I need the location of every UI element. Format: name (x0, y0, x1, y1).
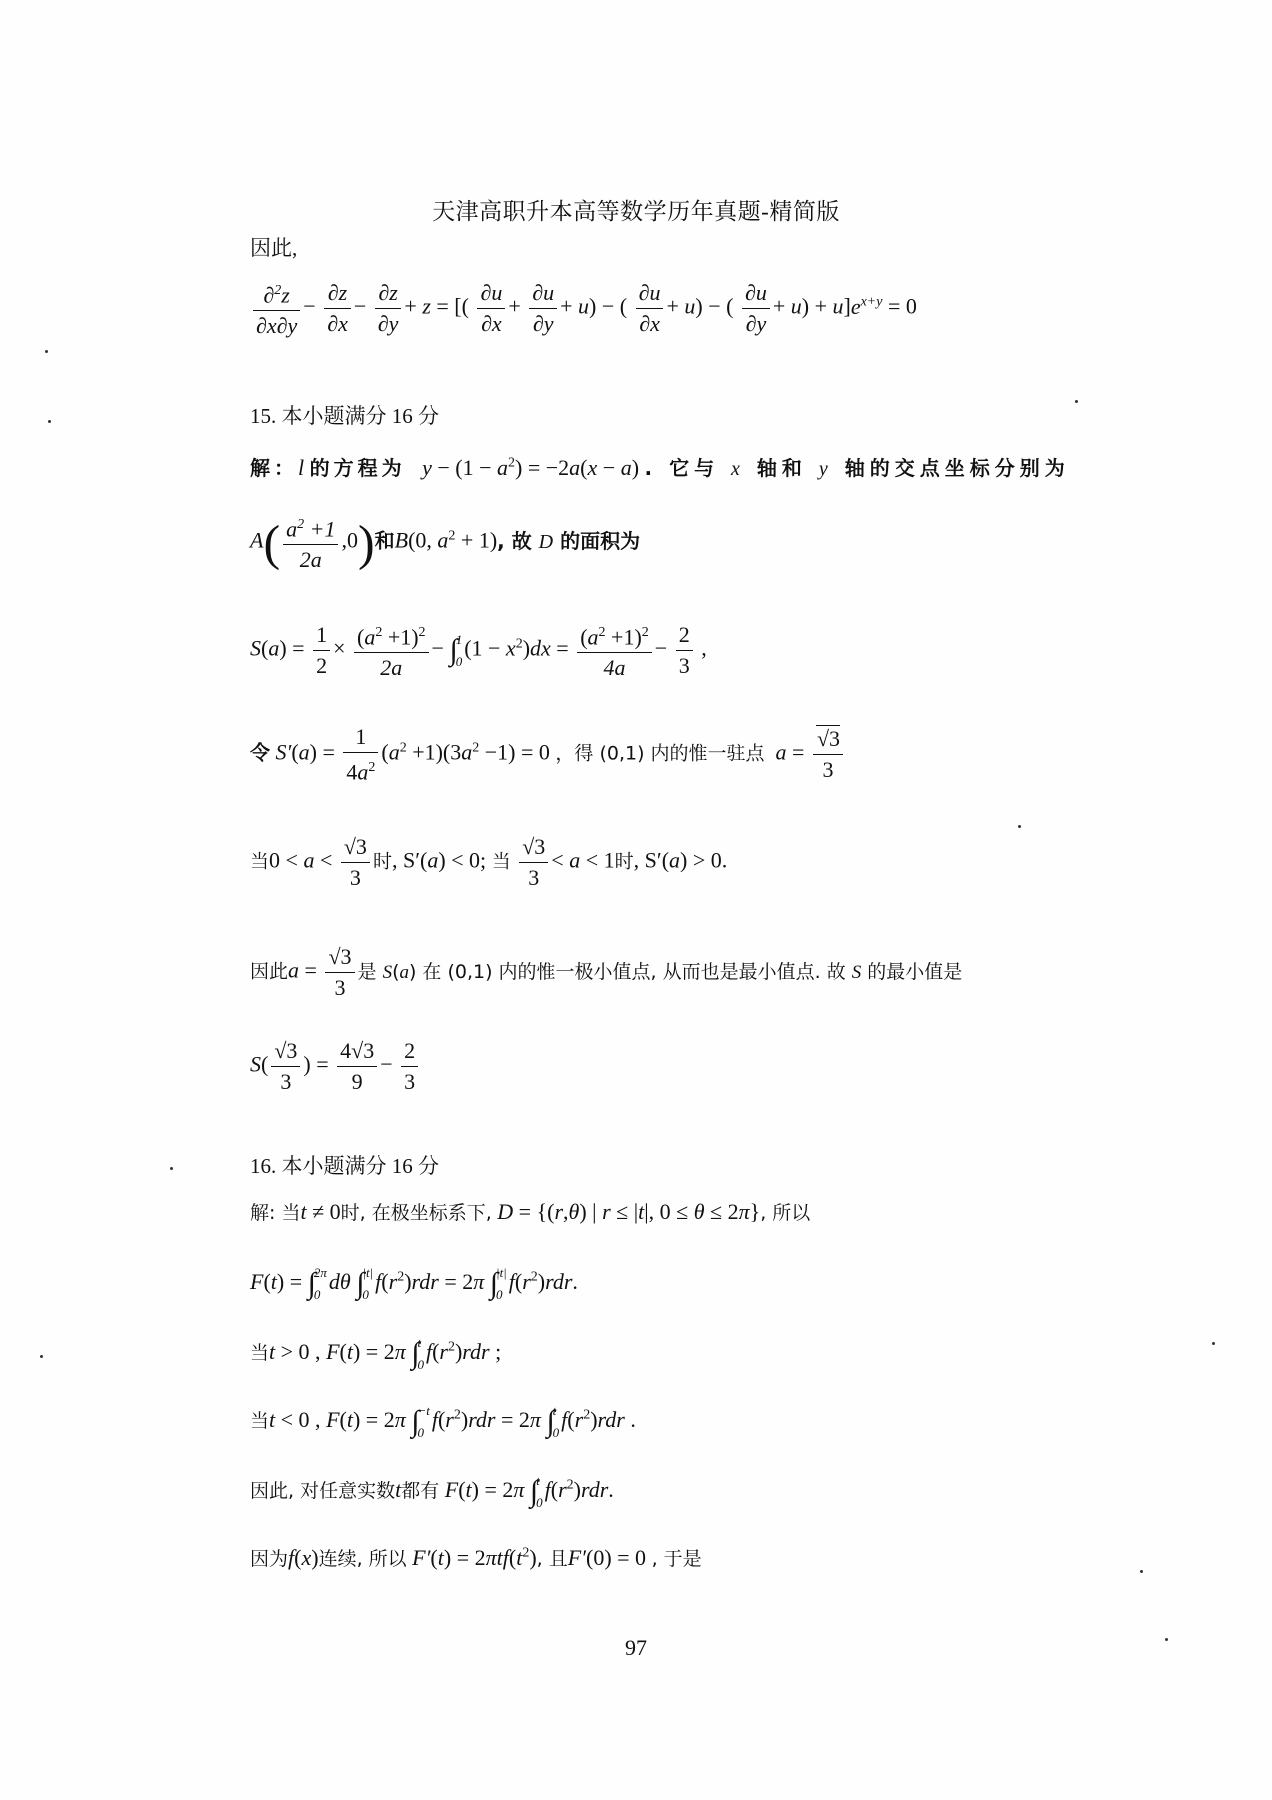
scan-speck (40, 1355, 43, 1358)
section16-line3: 当t > 0 , F(t) = 2π ∫t0f(r2)rdr ; (250, 1332, 501, 1376)
section14-equation: ∂2z∂x∂y− ∂z∂x− ∂z∂y+ z = [( ∂u∂x+ ∂u∂y+ … (250, 276, 917, 341)
section16-line2: F(t) = ∫2π0dθ ∫|t|0f(r2)rdr = 2π ∫|t|0f(… (250, 1262, 578, 1306)
section15-conclusion: 因此a = √33是 S(a) 在 (0,1) 内的惟一极小值点, 从而也是最小… (250, 942, 962, 1003)
section15-area-equation: S(a) = 12× (a2 +1)22a− ∫10(1 − x2)dx = (… (250, 618, 707, 683)
section15-derivative: 令 S′(a) = 14a2(a2 +1)(3a2 −1) = 0 ，得 (0,… (250, 722, 846, 787)
section15-line1: 解：l 的方程为 y − (1 − a2) = −2a(x − a) . 它与 … (250, 452, 1070, 481)
scan-speck (1075, 400, 1078, 403)
scan-speck (1165, 1638, 1168, 1641)
scan-speck (1018, 825, 1021, 828)
page-header-title: 天津高职升本高等数学历年真题-精简版 (0, 193, 1272, 226)
section15-sign-analysis: 当0 < a < √33时, S′(a) < 0; 当 √33< a < 1时,… (250, 832, 727, 893)
section16-line4: 当t < 0 , F(t) = 2π ∫−t0f(r2)rdr = 2π ∫t0… (250, 1400, 636, 1444)
section16-heading: 16. 本小题满分 16 分 (250, 1150, 439, 1180)
document-page: 天津高职升本高等数学历年真题-精简版 因此, ∂2z∂x∂y− ∂z∂x− ∂z… (0, 0, 1272, 1800)
section15-heading: 15. 本小题满分 16 分 (250, 400, 439, 430)
scan-speck (1140, 1570, 1143, 1573)
section16-line1: 解: 当t ≠ 0时, 在极坐标系下, D = {(r,θ) | r ≤ |t|… (250, 1198, 810, 1225)
scan-speck (1212, 1342, 1215, 1345)
section15-min-value: S(√33) = 4√39− 23 (250, 1036, 421, 1097)
scan-speck (48, 420, 51, 423)
scan-speck (45, 350, 48, 353)
section15-line2: A(a2 +12a,0)和B(0, a2 + 1), 故 D 的面积为 (250, 510, 640, 575)
section16-line5: 因此, 对任意实数t都有 F(t) = 2π ∫t0f(r2)rdr. (250, 1470, 614, 1514)
section16-line6: 因为f(x)连续, 所以 F′(t) = 2πtf(t2), 且F′(0) = … (250, 1544, 702, 1571)
section14-intro: 因此, (250, 232, 297, 262)
page-number: 97 (0, 1635, 1272, 1661)
scan-speck (170, 1167, 173, 1170)
